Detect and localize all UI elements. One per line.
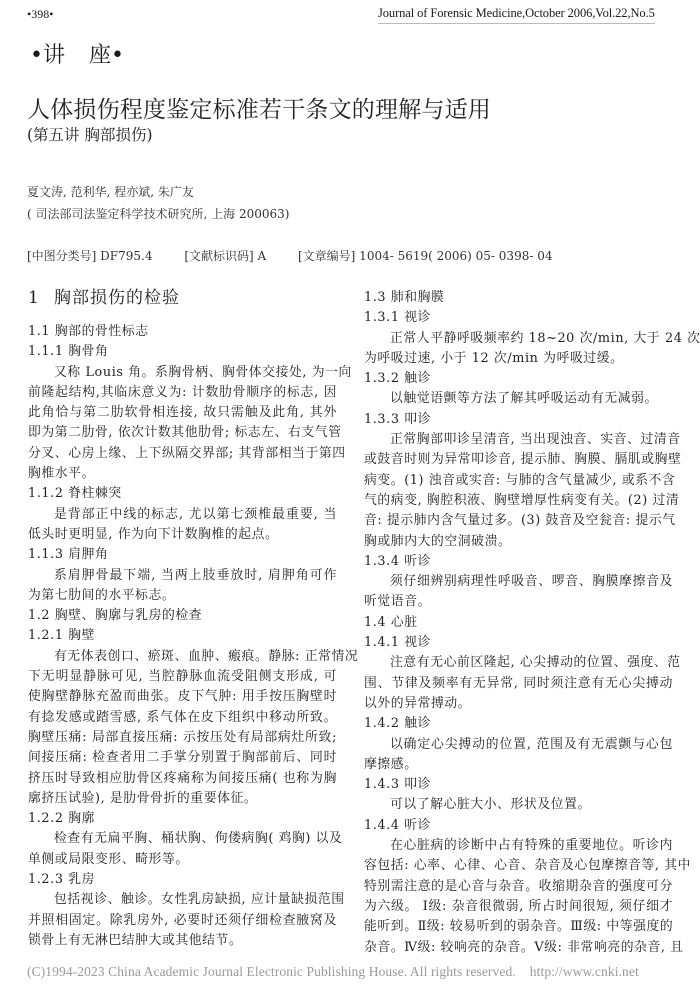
column-tag: •讲座• (30, 38, 124, 69)
subsubsection-heading: 1.1.1 胸骨角 (28, 342, 337, 362)
paragraph-line: 又称 Louis 角。系胸骨柄、胸骨体交接处, 为一向 (28, 363, 337, 383)
paragraph-line: 杂音。Ⅳ级: 较响亮的杂音。Ⅴ级: 非常响亮的杂音, 且 (364, 938, 673, 958)
paragraph-line: 是背部正中线的标志, 尤以第七颈椎最重要, 当 (28, 505, 337, 525)
section-heading: 1胸部损伤的检验 (28, 288, 337, 322)
subsubsection-heading: 1.3.3 叩诊 (364, 410, 673, 430)
subsection-heading: 1.3 肺和胸膜 (364, 288, 673, 308)
paragraph-line: 包括视诊、触诊。女性乳房缺损, 应计量缺损范围 (28, 890, 337, 910)
affiliation: ( 司法部司法鉴定科学技术研究所, 上海 200063) (27, 205, 289, 222)
paragraph-line: 检查有无扁平胸、桶状胸、佝偻病胸( 鸡胸) 以及 (28, 829, 337, 849)
column-tag-left: •讲 (30, 43, 65, 68)
subsubsection-heading: 1.2.1 胸壁 (28, 626, 337, 646)
paragraph-line: 胸椎水平。 (28, 464, 337, 484)
subsubsection-heading: 1.4.2 触诊 (364, 714, 673, 734)
right-column-body: 1.3 肺和胸膜1.3.1 视诊正常人平静呼吸频率约 18~20 次/min, … (364, 288, 673, 958)
paragraph-line: 可以了解心脏大小、形状及位置。 (364, 795, 673, 815)
page-number: •398• (27, 7, 53, 22)
subsubsection-heading: 1.4.4 听诊 (364, 816, 673, 836)
paragraph-line: 分叉、心房上缘、上下纵隔交界部; 其背部相当于第四 (28, 444, 337, 464)
subsection-heading: 1.2 胸壁、胸廓与乳房的检查 (28, 606, 337, 626)
paragraph-line: 正常人平静呼吸频率约 18~20 次/min, 大于 24 次/min (364, 329, 673, 349)
subsubsection-heading: 1.3.1 视诊 (364, 308, 673, 328)
paragraph-line: 容包括: 心率、心律、心音、杂音及心包摩擦音等, 其中 (364, 856, 673, 876)
right-column: 1.3 肺和胸膜1.3.1 视诊正常人平静呼吸频率约 18~20 次/min, … (364, 288, 673, 958)
paragraph-line: 音: 提示肺内含气量过多。(3) 鼓音及空瓮音: 提示气 (364, 511, 673, 531)
left-column: 1胸部损伤的检验 1.1 胸部的骨性标志1.1.1 胸骨角又称 Louis 角。… (28, 288, 337, 951)
paragraph-line: 即为第二肋骨, 依次计数其他肋骨; 标志左、右支气管 (28, 423, 337, 443)
article-title: 人体损伤程度鉴定标准若干条文的理解与适用 (27, 91, 491, 124)
article-subtitle: (第五讲 胸部损伤) (27, 123, 153, 145)
subsubsection-heading: 1.4.3 叩诊 (364, 775, 673, 795)
paragraph-line: 胸壁压痛: 局部直接压痛: 示按压处有局部病灶所致; (28, 728, 337, 748)
paragraph-line: 有无体表创口、瘀斑、血肿、瘢痕。静脉: 正常情况 (28, 647, 337, 667)
subsection-heading: 1.1 胸部的骨性标志 (28, 322, 337, 342)
paragraph-line: 病变。(1) 浊音或实音: 与肺的含气量减少, 或系不含 (364, 471, 673, 491)
copyright-text: (C)1994-2023 China Academic Journal Elec… (27, 964, 516, 979)
paragraph-line: 或鼓音时则为异常叩诊音, 提示肺、胸膜、膈肌或胸壁 (364, 450, 673, 470)
paragraph-line: 特别需注意的是心音与杂音。收缩期杂音的强度可分 (364, 877, 673, 897)
paragraph-line: 气的病变, 胸腔积液、胸壁增厚性病变有关。(2) 过清 (364, 491, 673, 511)
paragraph-line: 此角恰与第二肋软骨相连接, 故只需触及此角, 其外 (28, 403, 337, 423)
authors: 夏文涛, 范利华, 程亦斌, 朱广友 (27, 183, 194, 200)
subsubsection-heading: 1.2.3 乳房 (28, 870, 337, 890)
paragraph-line: 单侧或局限变形、畸形等。 (28, 850, 337, 870)
subsubsection-heading: 1.4.1 视诊 (364, 633, 673, 653)
paragraph-line: 为第七肋间的水平标志。 (28, 586, 337, 606)
subsubsection-heading: 1.1.3 肩胛角 (28, 545, 337, 565)
paragraph-line: 为呼吸过速, 小于 12 次/min 为呼吸过缓。 (364, 349, 673, 369)
paragraph-line: 前隆起结构,其临床意义为: 计数肋骨顺序的标志, 因 (28, 383, 337, 403)
subsection-heading: 1.4 心脏 (364, 613, 673, 633)
paragraph-line: 能听到。Ⅱ级: 较易听到的弱杂音。Ⅲ级: 中等强度的 (364, 917, 673, 937)
paragraph-line: 在心脏病的诊断中占有特殊的重要地位。听诊内 (364, 836, 673, 856)
section-title: 胸部损伤的检验 (54, 288, 180, 308)
paragraph-line: 正常胸部叩诊呈清音, 当出现浊音、实音、过清音 (364, 430, 673, 450)
article-meta: [中图分类号] DF795.4 [文献标识码] A [文章编号] 1004- 5… (27, 247, 552, 264)
subsubsection-heading: 1.3.4 听诊 (364, 552, 673, 572)
document-code: [文献标识码] A (184, 249, 266, 263)
column-tag-right: 座• (89, 43, 124, 68)
paragraph-line: 以确定心尖搏动的位置, 范围及有无震颤与心包 (364, 735, 673, 755)
paragraph-line: 围、节律及频率有无异常, 同时须注意有无心尖搏动 (364, 674, 673, 694)
paragraph-line: 以外的异常搏动。 (364, 694, 673, 714)
paragraph-line: 摩擦感。 (364, 755, 673, 775)
paragraph-line: 胸或肺内大的空洞破溃。 (364, 532, 673, 552)
paragraph-line: 使胸壁静脉充盈而曲张。皮下气肿: 用手按压胸壁时 (28, 687, 337, 707)
paragraph-line: 并照相固定。除乳房外, 必要时还须仔细检查腋窝及 (28, 911, 337, 931)
paragraph-line: 下无明显静脉可见, 当腔静脉血流受阻侧支形成, 可 (28, 667, 337, 687)
paragraph-line: 以触觉语颤等方法了解其呼吸运动有无减弱。 (364, 389, 673, 409)
left-column-body: 1.1 胸部的骨性标志1.1.1 胸骨角又称 Louis 角。系胸骨柄、胸骨体交… (28, 322, 337, 951)
subsubsection-heading: 1.2.2 胸廓 (28, 809, 337, 829)
paragraph-line: 廓挤压试验), 是肋骨骨折的重要体征。 (28, 789, 337, 809)
clc-number: [中图分类号] DF795.4 (27, 249, 152, 263)
section-number: 1 (28, 288, 54, 308)
paragraph-line: 系肩胛骨最下端, 当两上肢垂放时, 肩胛角可作 (28, 566, 337, 586)
paragraph-line: 听觉语音。 (364, 592, 673, 612)
paragraph-line: 挤压时导致相应肋骨区疼痛称为间接压痛( 也称为胸 (28, 769, 337, 789)
journal-running-header: Journal of Forensic Medicine,October 200… (378, 6, 655, 24)
paragraph-line: 低头时更明显, 作为向下计数胸椎的起点。 (28, 525, 337, 545)
subsubsection-heading: 1.3.2 触诊 (364, 369, 673, 389)
paragraph-line: 为六级。 Ⅰ级: 杂音很微弱, 所占时间很短, 须仔细才 (364, 897, 673, 917)
article-number: [文章编号] 1004- 5619( 2006) 05- 0398- 04 (298, 249, 552, 263)
paragraph-line: 有捻发感或踏雪感, 系气体在皮下组织中移动所致。 (28, 708, 337, 728)
paragraph-line: 锁骨上有无淋巴结肿大或其他结节。 (28, 931, 337, 951)
paragraph-line: 注意有无心前区隆起, 心尖搏动的位置、强度、范 (364, 653, 673, 673)
paragraph-line: 间接压痛: 检查者用二手掌分别置于胸部前后、同时 (28, 748, 337, 768)
copyright-footer: (C)1994-2023 China Academic Journal Elec… (27, 964, 639, 980)
subsubsection-heading: 1.1.2 脊柱棘突 (28, 484, 337, 504)
footer-url: http://www.cnki.net (530, 964, 639, 979)
paragraph-line: 须仔细辨别病理性呼吸音、啰音、胸膜摩擦音及 (364, 572, 673, 592)
